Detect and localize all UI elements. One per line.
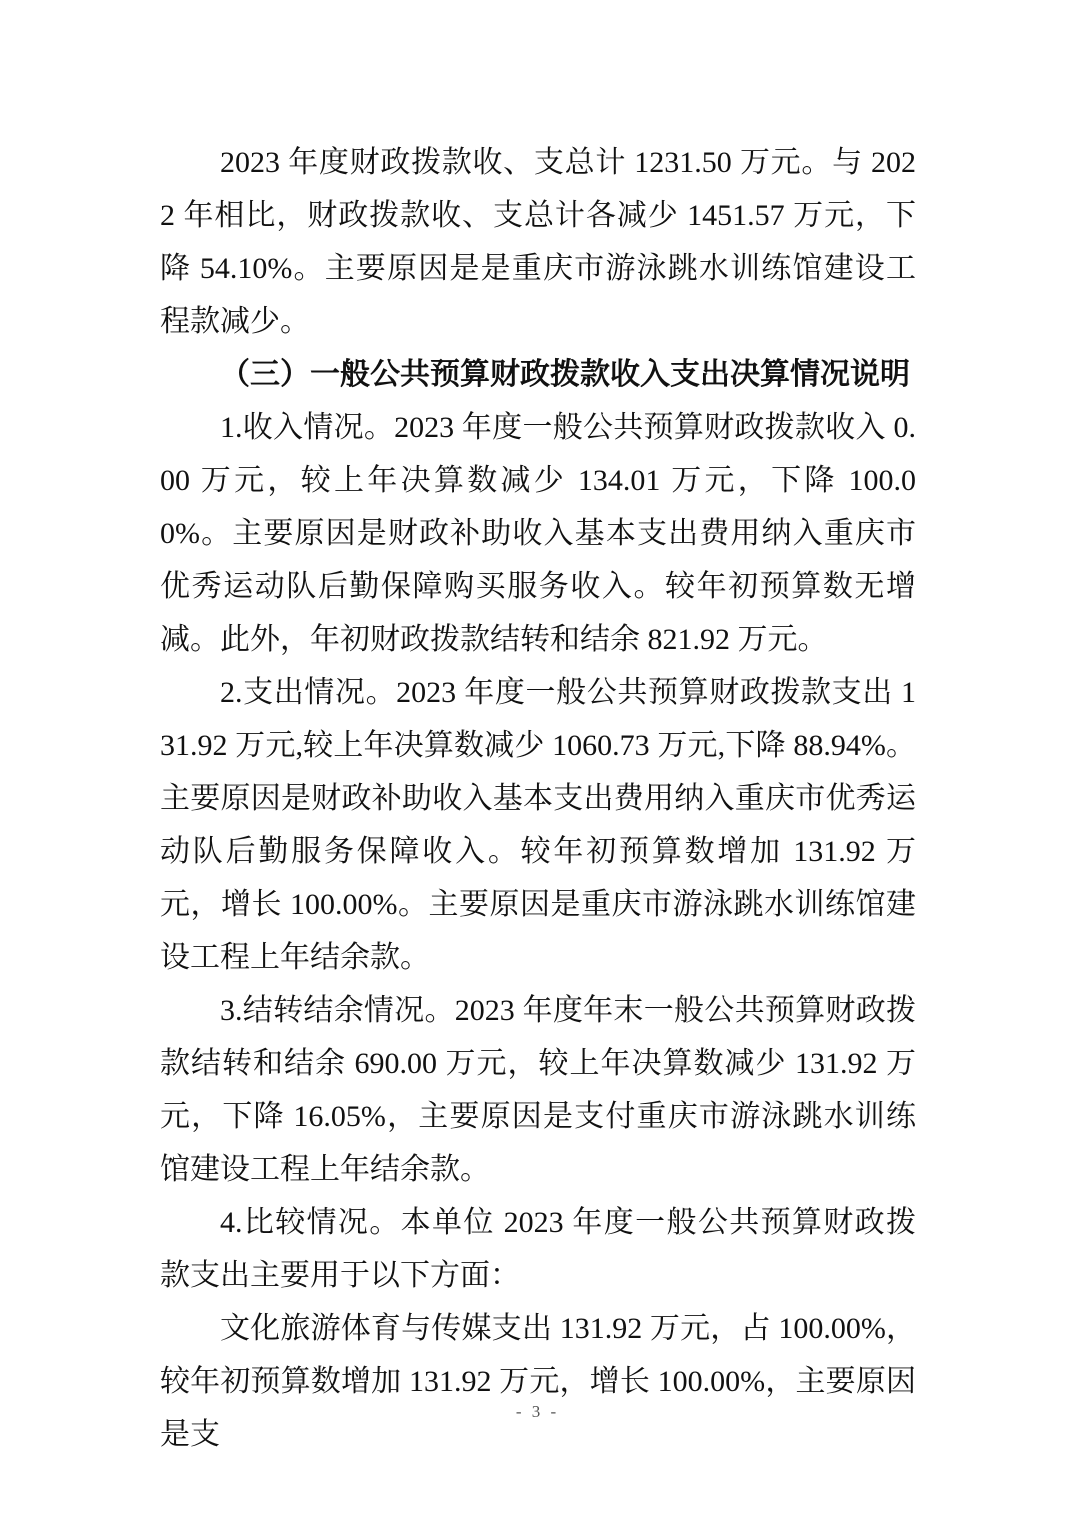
paragraph-culture-tourism-sports-media: 文化旅游体育与传媒支出 131.92 万元，占 100.00%，较年初预算数增加… bbox=[160, 1302, 916, 1461]
paragraph-expenditure-situation: 2.支出情况。2023 年度一般公共预算财政拨款支出 131.92 万元,较上年… bbox=[160, 666, 916, 984]
document-page: 2023 年度财政拨款收、支总计 1231.50 万元。与 2022 年相比，财… bbox=[0, 0, 1075, 1520]
document-body: 2023 年度财政拨款收、支总计 1231.50 万元。与 2022 年相比，财… bbox=[160, 136, 916, 1461]
paragraph-comparison-situation: 4.比较情况。本单位 2023 年度一般公共预算财政拨款支出主要用于以下方面： bbox=[160, 1196, 916, 1302]
paragraph-carryover-balance-situation: 3.结转结余情况。2023 年度年末一般公共预算财政拨款结转和结余 690.00… bbox=[160, 984, 916, 1196]
section-heading-general-public-budget: （三）一般公共预算财政拨款收入支出决算情况说明 bbox=[160, 348, 916, 401]
paragraph-income-situation: 1.收入情况。2023 年度一般公共预算财政拨款收入 0.00 万元，较上年决算… bbox=[160, 401, 916, 666]
page-number: - 3 - bbox=[0, 1400, 1075, 1424]
paragraph-fiscal-total: 2023 年度财政拨款收、支总计 1231.50 万元。与 2022 年相比，财… bbox=[160, 136, 916, 348]
